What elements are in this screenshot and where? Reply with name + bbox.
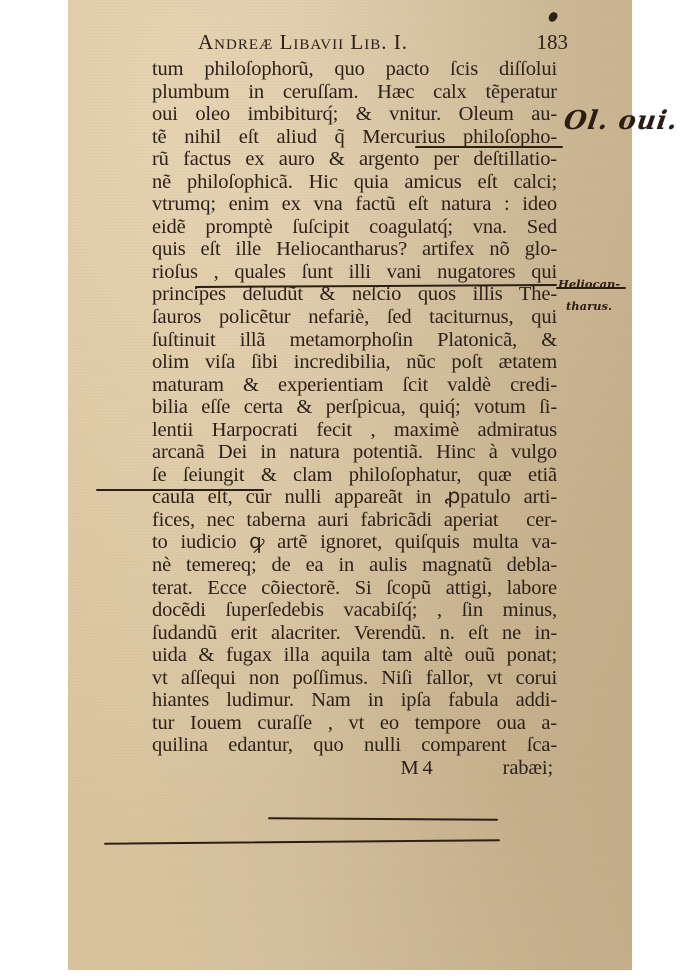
text-line: to iudicio ꝙ artẽ ignoret, quiſquis mult…	[152, 531, 557, 554]
text-line: hiantes ludimur. Nam in ipſa fabula addi…	[152, 689, 557, 712]
text-line: docẽdi ſuperſedebis vacabiſq́; , ſin min…	[152, 599, 557, 622]
ink-blot	[547, 11, 558, 23]
signature-mark: M 4	[401, 757, 433, 780]
text-line: quis eſt ille Heliocantharus? artifex nõ…	[152, 238, 557, 261]
text-line: oui oleo imbibiturq́; & vnitur. Oleum au…	[152, 103, 557, 126]
text-line: plumbum in ceruſſam. Hæc calx tẽperatur	[152, 81, 557, 104]
book-page: Andreæ Libavii Lib. I. 183 tum philoſoph…	[68, 0, 632, 970]
handwritten-marginal-note: Ol. oui.	[562, 106, 680, 136]
text-line: eidẽ promptè ſuſcipit coagulatq́; vna. S…	[152, 216, 557, 239]
text-line: nè temereq; de ea in aulis magnatũ debla…	[152, 554, 557, 577]
text-line: vt aſſequi non poſſimus. Niſi fallor, vt…	[152, 667, 557, 690]
signature-line: M 4 rabæi;	[152, 757, 557, 780]
text-line: bilia eſſe certa & perſpicua, quiq́; vot…	[152, 396, 557, 419]
text-line: tẽ nihil eſt aliud q̃ Mercurius philoſop…	[152, 126, 557, 149]
catchword: rabæi;	[503, 757, 553, 780]
text-line: lentii Harpocrati fecit , maximè admirat…	[152, 419, 557, 442]
underline-harpocrati	[96, 489, 264, 491]
text-line: vtrumq; enim ex vna factũ eſt natura : i…	[152, 193, 557, 216]
printed-marginal-note-line1: Heliocan-	[558, 277, 620, 291]
text-line: ſe ſeiungit & clam philoſophatur, quæ et…	[152, 464, 557, 487]
text-line: arcanã Dei in natura potentiã. Hinc à vu…	[152, 441, 557, 464]
printed-marginal-note-line2: tharus.	[566, 299, 612, 313]
page-number: 183	[537, 30, 569, 55]
text-line: quilina edantur, quo nulli comparent ſca…	[152, 734, 557, 757]
text-line: maturam & experientiam ſcit valdè credi-	[152, 374, 557, 397]
text-line: tum philoſophorũ, quo pacto ſcis diſſolu…	[152, 58, 557, 81]
text-line: ſauros policẽtur nefariè, ſed taciturnus…	[152, 306, 557, 329]
text-line: ſuſtinuit illã metamorphoſin Platonicã, …	[152, 329, 557, 352]
text-line: terat. Ecce cõiectorẽ. Si ſcopũ attigi, …	[152, 577, 557, 600]
text-line: tur Iouem curaſſe , vt eo tempore oua a-	[152, 712, 557, 735]
text-line: uida & fugax illa aquila tam altè ouũ po…	[152, 644, 557, 667]
text-line: fices, nec taberna auri fabricãdi aperia…	[152, 509, 557, 532]
underline-oleum	[415, 146, 563, 148]
text-line: olim viſa ſibi incredibilia, nũc poſt æt…	[152, 351, 557, 374]
text-line: rũ factus ex auro & argento per deſtilla…	[152, 148, 557, 171]
body-text: tum philoſophorũ, quo pacto ſcis diſſolu…	[152, 58, 557, 780]
text-line: ſudandũ erit alacriter. Verendũ. n. eſt …	[152, 622, 557, 645]
text-line: rioſus , quales ſunt illi vani nugatores…	[152, 261, 557, 284]
running-head: Andreæ Libavii Lib. I. 183	[198, 30, 558, 55]
underline-quilina	[104, 839, 500, 844]
text-line: nẽ philoſophicã. Hic quia amicus eſt cal…	[152, 171, 557, 194]
underline-ut-eo-tempore	[268, 817, 498, 820]
running-head-title: Andreæ Libavii Lib. I.	[198, 30, 408, 54]
